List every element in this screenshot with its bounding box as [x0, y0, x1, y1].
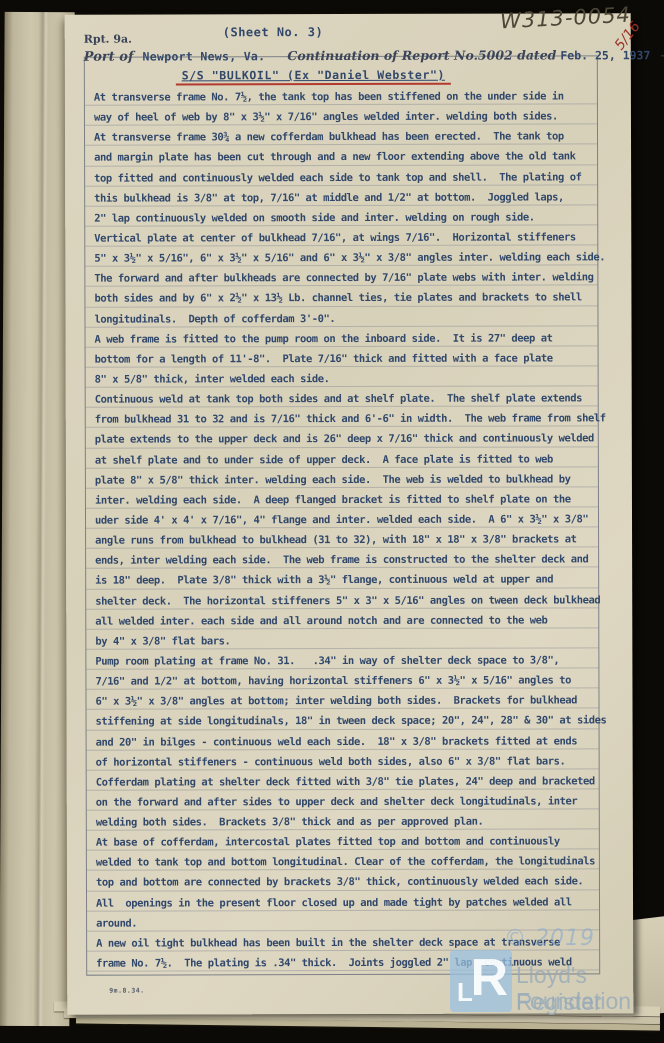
report-text-line: and margin plate has been cut through an…	[85, 145, 597, 166]
report-text-line: Cofferdam plating at shelter deck fitted…	[87, 769, 599, 790]
report-text-line: and 20" in bilges - continuous weld each…	[87, 729, 599, 750]
dash-mark: -	[660, 48, 664, 62]
report-text-line: ends, inter welding each side. The web f…	[86, 548, 598, 569]
report-text-line: top fitted and continuously welded each …	[85, 165, 597, 186]
report-text-line: A new oil tight bulkhead has been built …	[87, 930, 599, 951]
report-text-line: plate 8" x 5/8" thick inter. welding eac…	[86, 467, 598, 488]
report-text-line: angle runs from bulkhead to bulkhead (31…	[86, 527, 598, 548]
report-text-line: 8" x 5/8" thick, inter welded each side.	[86, 366, 598, 387]
report-text-line: 6" x 3½" x 3/8" angles at bottom; inter …	[86, 689, 598, 710]
report-sheet: Rpt. 9a. (Sheet No. 3) Port ofNewport Ne…	[65, 13, 634, 1014]
report-text-line: on the forward and after sides to upper …	[87, 789, 599, 810]
report-text-line: 2" lap continuously welded on smooth sid…	[85, 205, 597, 226]
report-text-line: from bulkhead 31 to 32 and is 7/16" thic…	[86, 407, 598, 428]
report-text-line: 5" x 3½" x 5/16", 6" x 3½" x 5/16" and 6…	[85, 245, 597, 266]
report-text-line: shelter deck. The horizontal stiffeners …	[86, 588, 598, 609]
report-text-line: plate extends to the upper deck and is 2…	[86, 427, 598, 448]
report-text-line: Vertical plate at center of bulkhead 7/1…	[85, 225, 597, 246]
report-text-line: welding both sides. Brackets 3/8" thick …	[87, 809, 599, 830]
report-text-line: longitudinals. Depth of cofferdam 3'-0".	[85, 306, 597, 327]
report-text-line: At base of cofferdam, intercostal plates…	[87, 830, 599, 851]
report-text-line: around.	[87, 910, 599, 931]
report-text-line: frame No. 7½. The plating is .34" thick.…	[87, 950, 599, 971]
report-text-line: is 18" deep. Plate 3/8" thick with a 3½"…	[86, 568, 598, 589]
report-text-line: by 4" x 3/8" flat bars.	[86, 628, 598, 649]
report-text-line: at shelf plate and to under side of uppe…	[86, 447, 598, 468]
report-text-line: 7/16" and 1/2" at bottom, having horizon…	[86, 668, 598, 689]
report-text-line: bottom for a length of 11'-8". Plate 7/1…	[86, 346, 598, 367]
print-footer-code: 9m.8.34.	[109, 987, 144, 995]
report-text-line: top and bottom are connected by brackets…	[87, 870, 599, 891]
photographed-document: { "page": { "header": { "rpt_label": "Rp…	[0, 0, 664, 1043]
report-text-line: uder side 4' x 4' x 7/16", 4" flange and…	[86, 507, 598, 528]
report-text-line: way of heel of web by 8" x 3½" x 7/16" a…	[85, 104, 597, 125]
report-text-line: both sides and by 6" x 2½" x 13½ Lb. cha…	[85, 286, 597, 307]
report-text-line: Continuous weld at tank top both sides a…	[86, 386, 598, 407]
report-text-line: this bulkhead is 3/8" at top, 7/16" at m…	[85, 185, 597, 206]
report-text-line: All openings in the present floor closed…	[87, 890, 599, 911]
report-form-number: Rpt. 9a.	[84, 33, 132, 46]
report-text-line: At transverse frame No. 7½, the tank top…	[85, 84, 597, 105]
title-row: S/S "BULKOIL" (Ex "Daniel Webster")	[85, 56, 597, 85]
report-text-line: all welded inter. each side and all arou…	[86, 608, 598, 629]
page-fold-crease	[33, 12, 48, 1026]
vessel-title: S/S "BULKOIL" (Ex "Daniel Webster")	[176, 68, 451, 86]
sheet-number: (Sheet No. 3)	[223, 25, 323, 39]
report-text-line: The forward and after bulkheads are conn…	[85, 266, 597, 287]
report-text-line: At transverse frame 30¾ a new cofferdam …	[85, 125, 597, 146]
report-text-line: stiffening at side longitudinals, 18" in…	[87, 709, 599, 730]
report-text-line: Pump room plating at frame No. 31. .34" …	[86, 648, 598, 669]
book-binding-edge	[0, 12, 75, 1026]
report-text-line: of horizontal stiffeners - continuous we…	[87, 749, 599, 770]
ruled-report-box: S/S "BULKOIL" (Ex "Daniel Webster") At t…	[84, 55, 600, 975]
report-text-line: welded to tank top and bottom longitudin…	[87, 850, 599, 871]
report-text-line: A web frame is fitted to the pump room o…	[86, 326, 598, 347]
report-body-lines: At transverse frame No. 7½, the tank top…	[85, 84, 599, 972]
report-text-line: inter. welding each side. A deep flanged…	[86, 487, 598, 508]
